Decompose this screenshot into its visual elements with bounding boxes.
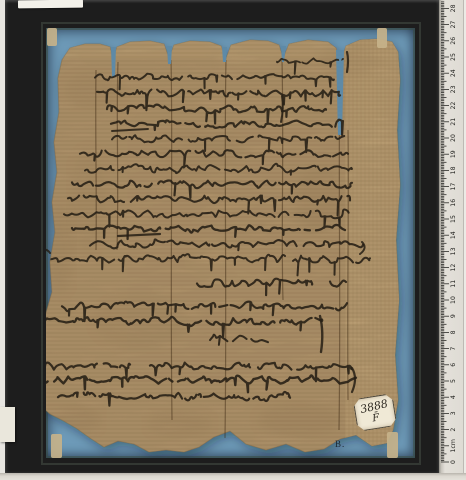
papyrus-photo [46,28,415,458]
ruler-numbers: 01cm234567891011121314151617181920212223… [450,4,457,464]
top-left-sticker [18,0,83,8]
ruler-number: 21 [450,118,457,126]
ruler-number: 9 [450,314,457,318]
mount-letter: B. [335,439,345,449]
ruler-number: 6 [450,363,457,367]
ruler-number: 16 [450,199,457,207]
ruler-number: 0 [450,460,457,464]
ruler-number: 28 [450,4,457,12]
inventory-number: 3888 [359,398,389,416]
ruler-number: 4 [450,395,457,399]
ruler-number: 25 [450,53,457,61]
ruler-number: 2 [450,428,457,432]
tape-tab [377,28,387,48]
ruler-number: 10 [450,296,457,304]
blue-mount-window [46,28,415,458]
ruler-number: 26 [450,37,457,45]
ruler-number: 24 [450,69,457,77]
tape-tab [47,28,57,46]
ruler-number: 22 [450,102,457,110]
ruler-number: 5 [450,379,457,383]
tape-tab [51,434,62,458]
ruler-number: 17 [450,183,457,191]
ruler-number: 18 [450,166,457,174]
ruler-number: 23 [450,85,457,93]
bottom-left-sticker [0,407,15,442]
inventory-suffix: F̄ [372,412,381,424]
ruler: 01cm234567891011121314151617181920212223… [439,0,464,480]
tape-tab [387,432,398,458]
ruler-number: 3 [450,411,457,415]
ruler-number: 11 [450,280,457,288]
ruler-number: 14 [450,231,457,239]
ruler-number: 1cm [450,439,457,452]
ruler-number: 8 [450,330,457,334]
photo-stage: 01cm234567891011121314151617181920212223… [0,0,466,480]
ruler-number: 13 [450,247,457,255]
ruler-scale: 01cm234567891011121314151617181920212223… [439,0,464,480]
inventory-label: 3888 F̄ [353,393,398,432]
ruler-number: 19 [450,150,457,158]
ruler-number: 27 [450,21,457,29]
ruler-number: 7 [450,347,457,351]
photo-edge-bottom [0,473,466,480]
ruler-ticks [441,2,449,462]
ruler-number: 12 [450,264,457,272]
ruler-number: 15 [450,215,457,223]
ruler-number: 20 [450,134,457,142]
